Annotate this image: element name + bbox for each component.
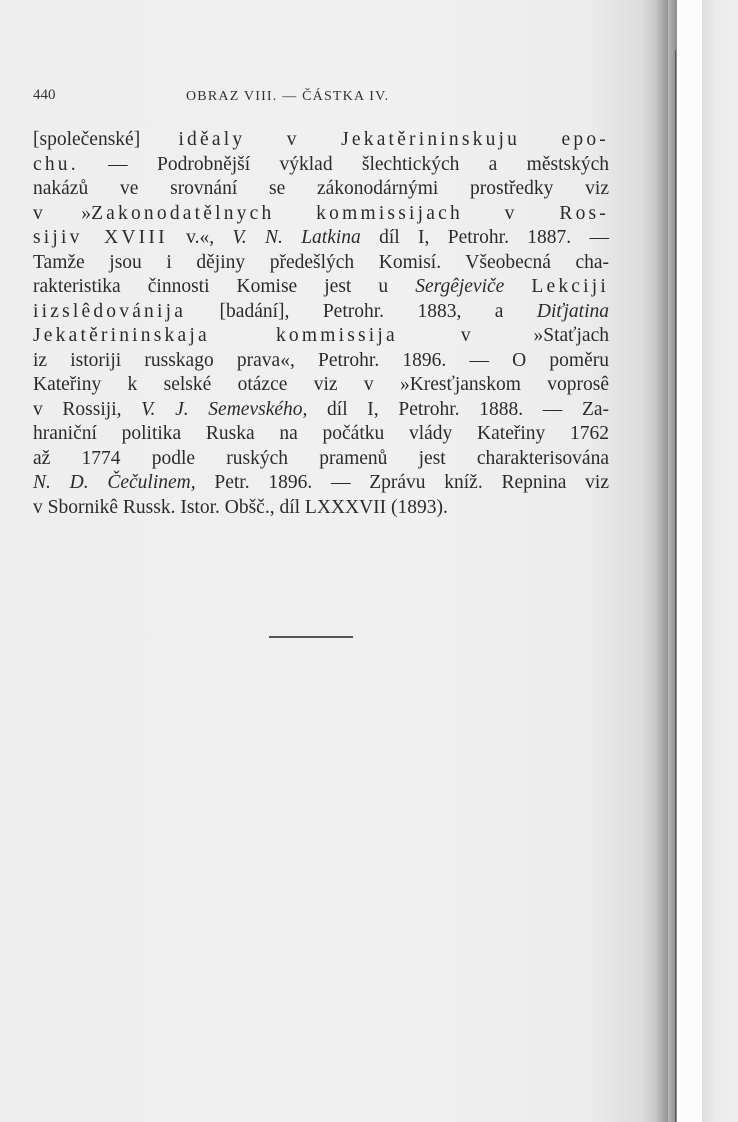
text-segment: rakteristika činnosti Komise jest u — [33, 276, 415, 297]
spaced-text: Lekciji — [531, 276, 609, 297]
spaced-text: Zakonodatělnych kommissijach v Ros- — [91, 203, 609, 224]
text-segment: v Sbornikê Russk. Istor. Obšč., díl LXXX… — [33, 497, 448, 518]
footnote-text: [společenské] iděaly v Jekatěrininskuju … — [33, 128, 609, 520]
italic-text: V. J. Semevského, — [141, 399, 307, 420]
text-segment: — Podrobnější výklad šlechtických a měst… — [79, 154, 609, 175]
section-rule — [269, 636, 353, 638]
text-segment: [badání], Petrohr. 1883, a — [186, 301, 537, 322]
text-segment: v.«, — [168, 227, 233, 248]
page-number: 440 — [33, 87, 56, 104]
italic-text: V. N. Latkina — [232, 227, 360, 248]
text-segment: díl I, Petrohr. 1887. — — [361, 227, 609, 248]
text-segment: Tamže jsou i dějiny předešlých Komisí. V… — [33, 252, 609, 273]
italic-text: N. D. Čečulinem, — [33, 472, 196, 493]
text-line: sijiv XVIII v.«, V. N. Latkina díl I, Pe… — [33, 226, 609, 251]
text-line: iz istoriji russkago prava«, Petrohr. 18… — [33, 349, 609, 374]
text-segment: nakázů ve srovnání se zákonodárnými pros… — [33, 178, 609, 199]
running-title: OBRAZ VIII. — ČÁSTKA IV. — [186, 89, 389, 105]
text-line: v »Zakonodatělnych kommissijach v Ros- — [33, 202, 609, 227]
italic-text: Diťjatina — [537, 301, 609, 322]
text-segment: iz istoriji russkago prava«, Petrohr. 18… — [33, 350, 609, 371]
text-segment: hraniční politika Ruska na počátku vlády… — [33, 423, 609, 444]
page-gap — [677, 0, 702, 1122]
text-segment: v » — [33, 203, 91, 224]
text-line: chu. — Podrobnější výklad šlechtických a… — [33, 153, 609, 178]
text-line: Jekatěrininskaja kommissija v »Staťjach — [33, 324, 609, 349]
spaced-text: iděaly v Jekatěrininskuju epo- — [178, 129, 609, 150]
text-segment: Kateřiny k selské otázce viz v »Kresťjan… — [33, 374, 609, 395]
spine-shadow — [655, 0, 677, 1122]
text-line: v Rossiji, V. J. Semevského, díl I, Petr… — [33, 398, 609, 423]
text-line: rakteristika činnosti Komise jest u Serg… — [33, 275, 609, 300]
text-line: v Sbornikê Russk. Istor. Obšč., díl LXXX… — [33, 496, 609, 521]
text-segment: Petr. 1896. — Zprávu kníž. Repnina viz — [196, 472, 609, 493]
italic-text: Sergêjeviče — [415, 276, 504, 297]
text-segment: [společenské] — [33, 129, 178, 150]
text-line: Kateřiny k selské otázce viz v »Kresťjan… — [33, 373, 609, 398]
text-segment: v Rossiji, — [33, 399, 141, 420]
text-line: Tamže jsou i dějiny předešlých Komisí. V… — [33, 251, 609, 276]
text-line: [společenské] iděaly v Jekatěrininskuju … — [33, 128, 609, 153]
text-line: nakázů ve srovnání se zákonodárnými pros… — [33, 177, 609, 202]
spaced-text: sijiv XVIII — [33, 227, 168, 248]
spine-line — [675, 50, 676, 1122]
page-header: 440 OBRAZ VIII. — ČÁSTKA IV. — [33, 87, 633, 111]
spaced-text: chu. — [33, 154, 79, 175]
text-segment: až 1774 podle ruských pramenů jest chara… — [33, 448, 609, 469]
text-line: hraniční politika Ruska na počátku vlády… — [33, 422, 609, 447]
text-line: N. D. Čečulinem, Petr. 1896. — Zprávu kn… — [33, 471, 609, 496]
text-line: iizslêdovánija [badání], Petrohr. 1883, … — [33, 300, 609, 325]
spaced-text: Jekatěrininskaja kommissija — [33, 325, 398, 346]
spaced-text: iizslêdovánija — [33, 301, 186, 322]
text-line: až 1774 podle ruských pramenů jest chara… — [33, 447, 609, 472]
text-segment: v »Staťjach — [398, 325, 609, 346]
text-segment: díl I, Petrohr. 1888. — Za- — [307, 399, 609, 420]
next-page-edge — [702, 0, 738, 1122]
text-segment — [504, 276, 531, 297]
